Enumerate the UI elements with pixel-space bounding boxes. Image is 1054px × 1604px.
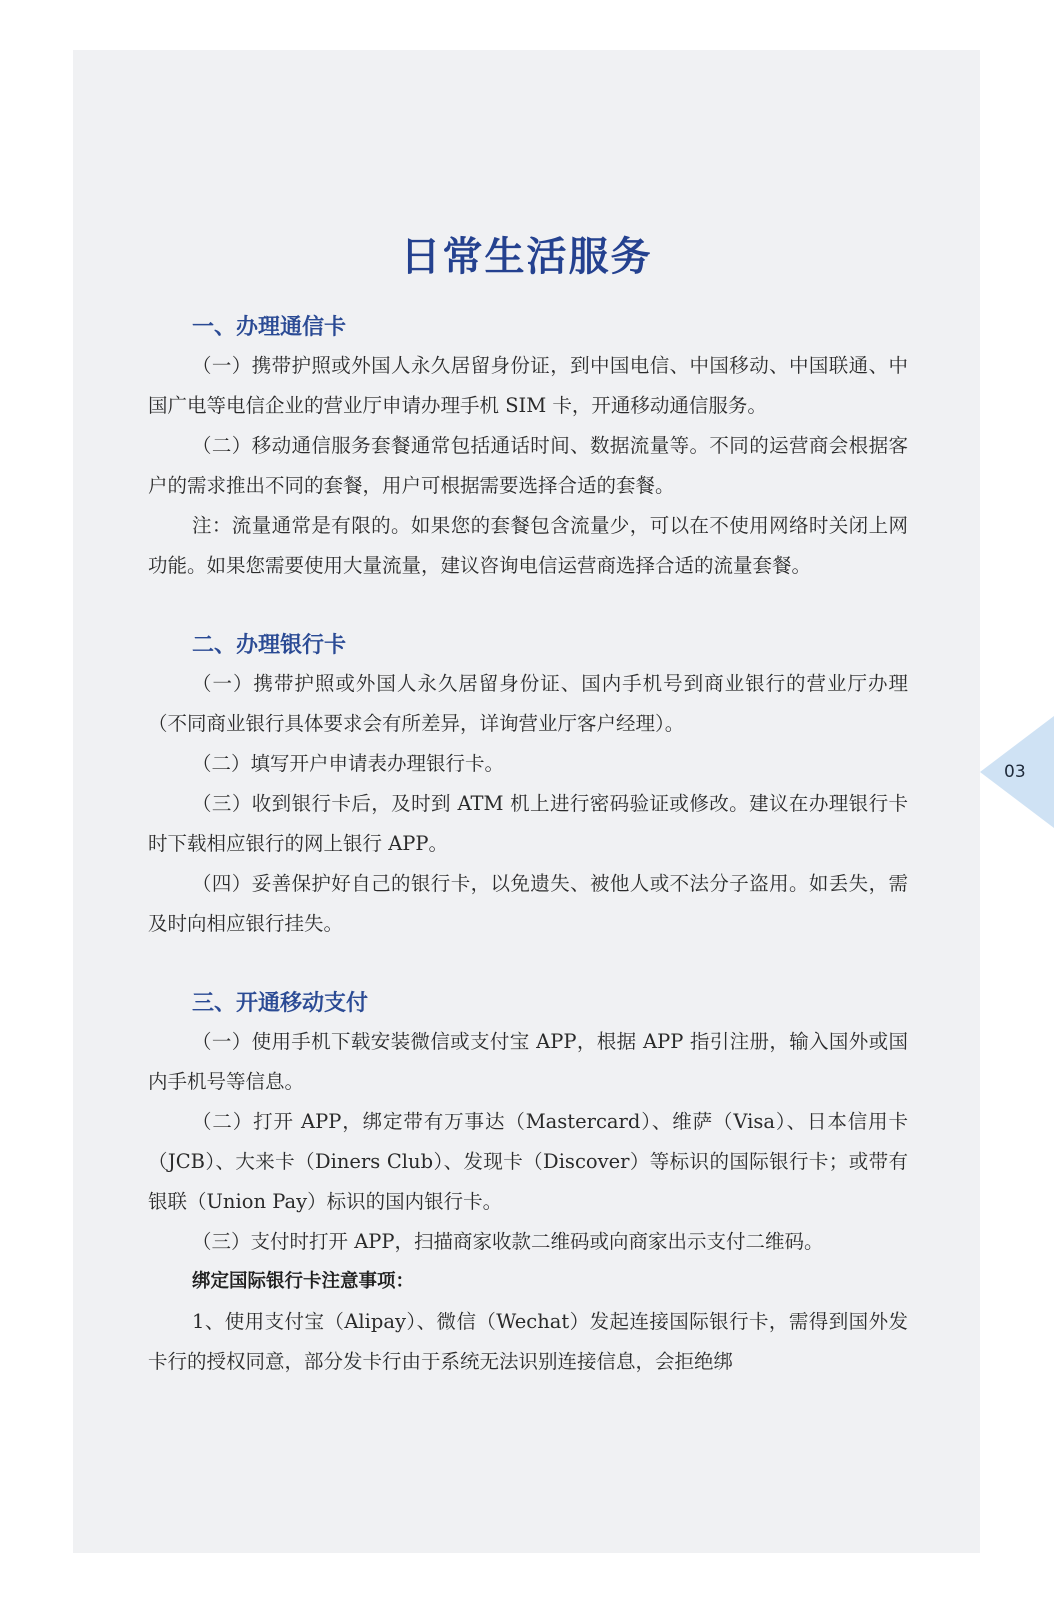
section-heading: 二、办理银行卡 <box>192 628 908 664</box>
note-heading: 绑定国际银行卡注意事项： <box>192 1262 908 1302</box>
paragraph: （二）移动通信服务套餐通常包括通话时间、数据流量等。不同的运营商会根据客户的需求… <box>148 426 908 506</box>
section-heading: 一、办理通信卡 <box>192 310 908 346</box>
paragraph: （二）打开 APP，绑定带有万事达（Mastercard）、维萨（Visa）、日… <box>148 1102 908 1222</box>
section-telecom-card: 一、办理通信卡 （一）携带护照或外国人永久居留身份证，到中国电信、中国移动、中国… <box>148 310 908 586</box>
page-panel: 日常生活服务 一、办理通信卡 （一）携带护照或外国人永久居留身份证，到中国电信、… <box>73 50 980 1553</box>
page-number: 03 <box>1004 760 1026 784</box>
section-mobile-payment: 三、开通移动支付 （一）使用手机下载安装微信或支付宝 APP，根据 APP 指引… <box>148 986 908 1382</box>
page-title: 日常生活服务 <box>73 227 980 287</box>
paragraph: （三）收到银行卡后，及时到 ATM 机上进行密码验证或修改。建议在办理银行卡时下… <box>148 784 908 864</box>
paragraph: （四）妥善保护好自己的银行卡，以免遗失、被他人或不法分子盗用。如丢失，需及时向相… <box>148 864 908 944</box>
paragraph: （一）使用手机下载安装微信或支付宝 APP，根据 APP 指引注册，输入国外或国… <box>148 1022 908 1102</box>
section-gap <box>148 586 908 628</box>
section-heading: 三、开通移动支付 <box>192 986 908 1022</box>
paragraph: （一）携带护照或外国人永久居留身份证，到中国电信、中国移动、中国联通、中国广电等… <box>148 346 908 426</box>
section-gap <box>148 944 908 986</box>
page-content: 一、办理通信卡 （一）携带护照或外国人永久居留身份证，到中国电信、中国移动、中国… <box>148 310 908 1382</box>
note-paragraph: 1、使用支付宝（Alipay）、微信（Wechat）发起连接国际银行卡，需得到国… <box>148 1302 908 1382</box>
paragraph: （三）支付时打开 APP，扫描商家收款二维码或向商家出示支付二维码。 <box>148 1222 908 1262</box>
paragraph: （二）填写开户申请表办理银行卡。 <box>148 744 908 784</box>
section-bank-card: 二、办理银行卡 （一）携带护照或外国人永久居留身份证、国内手机号到商业银行的营业… <box>148 628 908 944</box>
note-paragraph: 注：流量通常是有限的。如果您的套餐包含流量少，可以在不使用网络时关闭上网功能。如… <box>148 506 908 586</box>
paragraph: （一）携带护照或外国人永久居留身份证、国内手机号到商业银行的营业厅办理（不同商业… <box>148 664 908 744</box>
